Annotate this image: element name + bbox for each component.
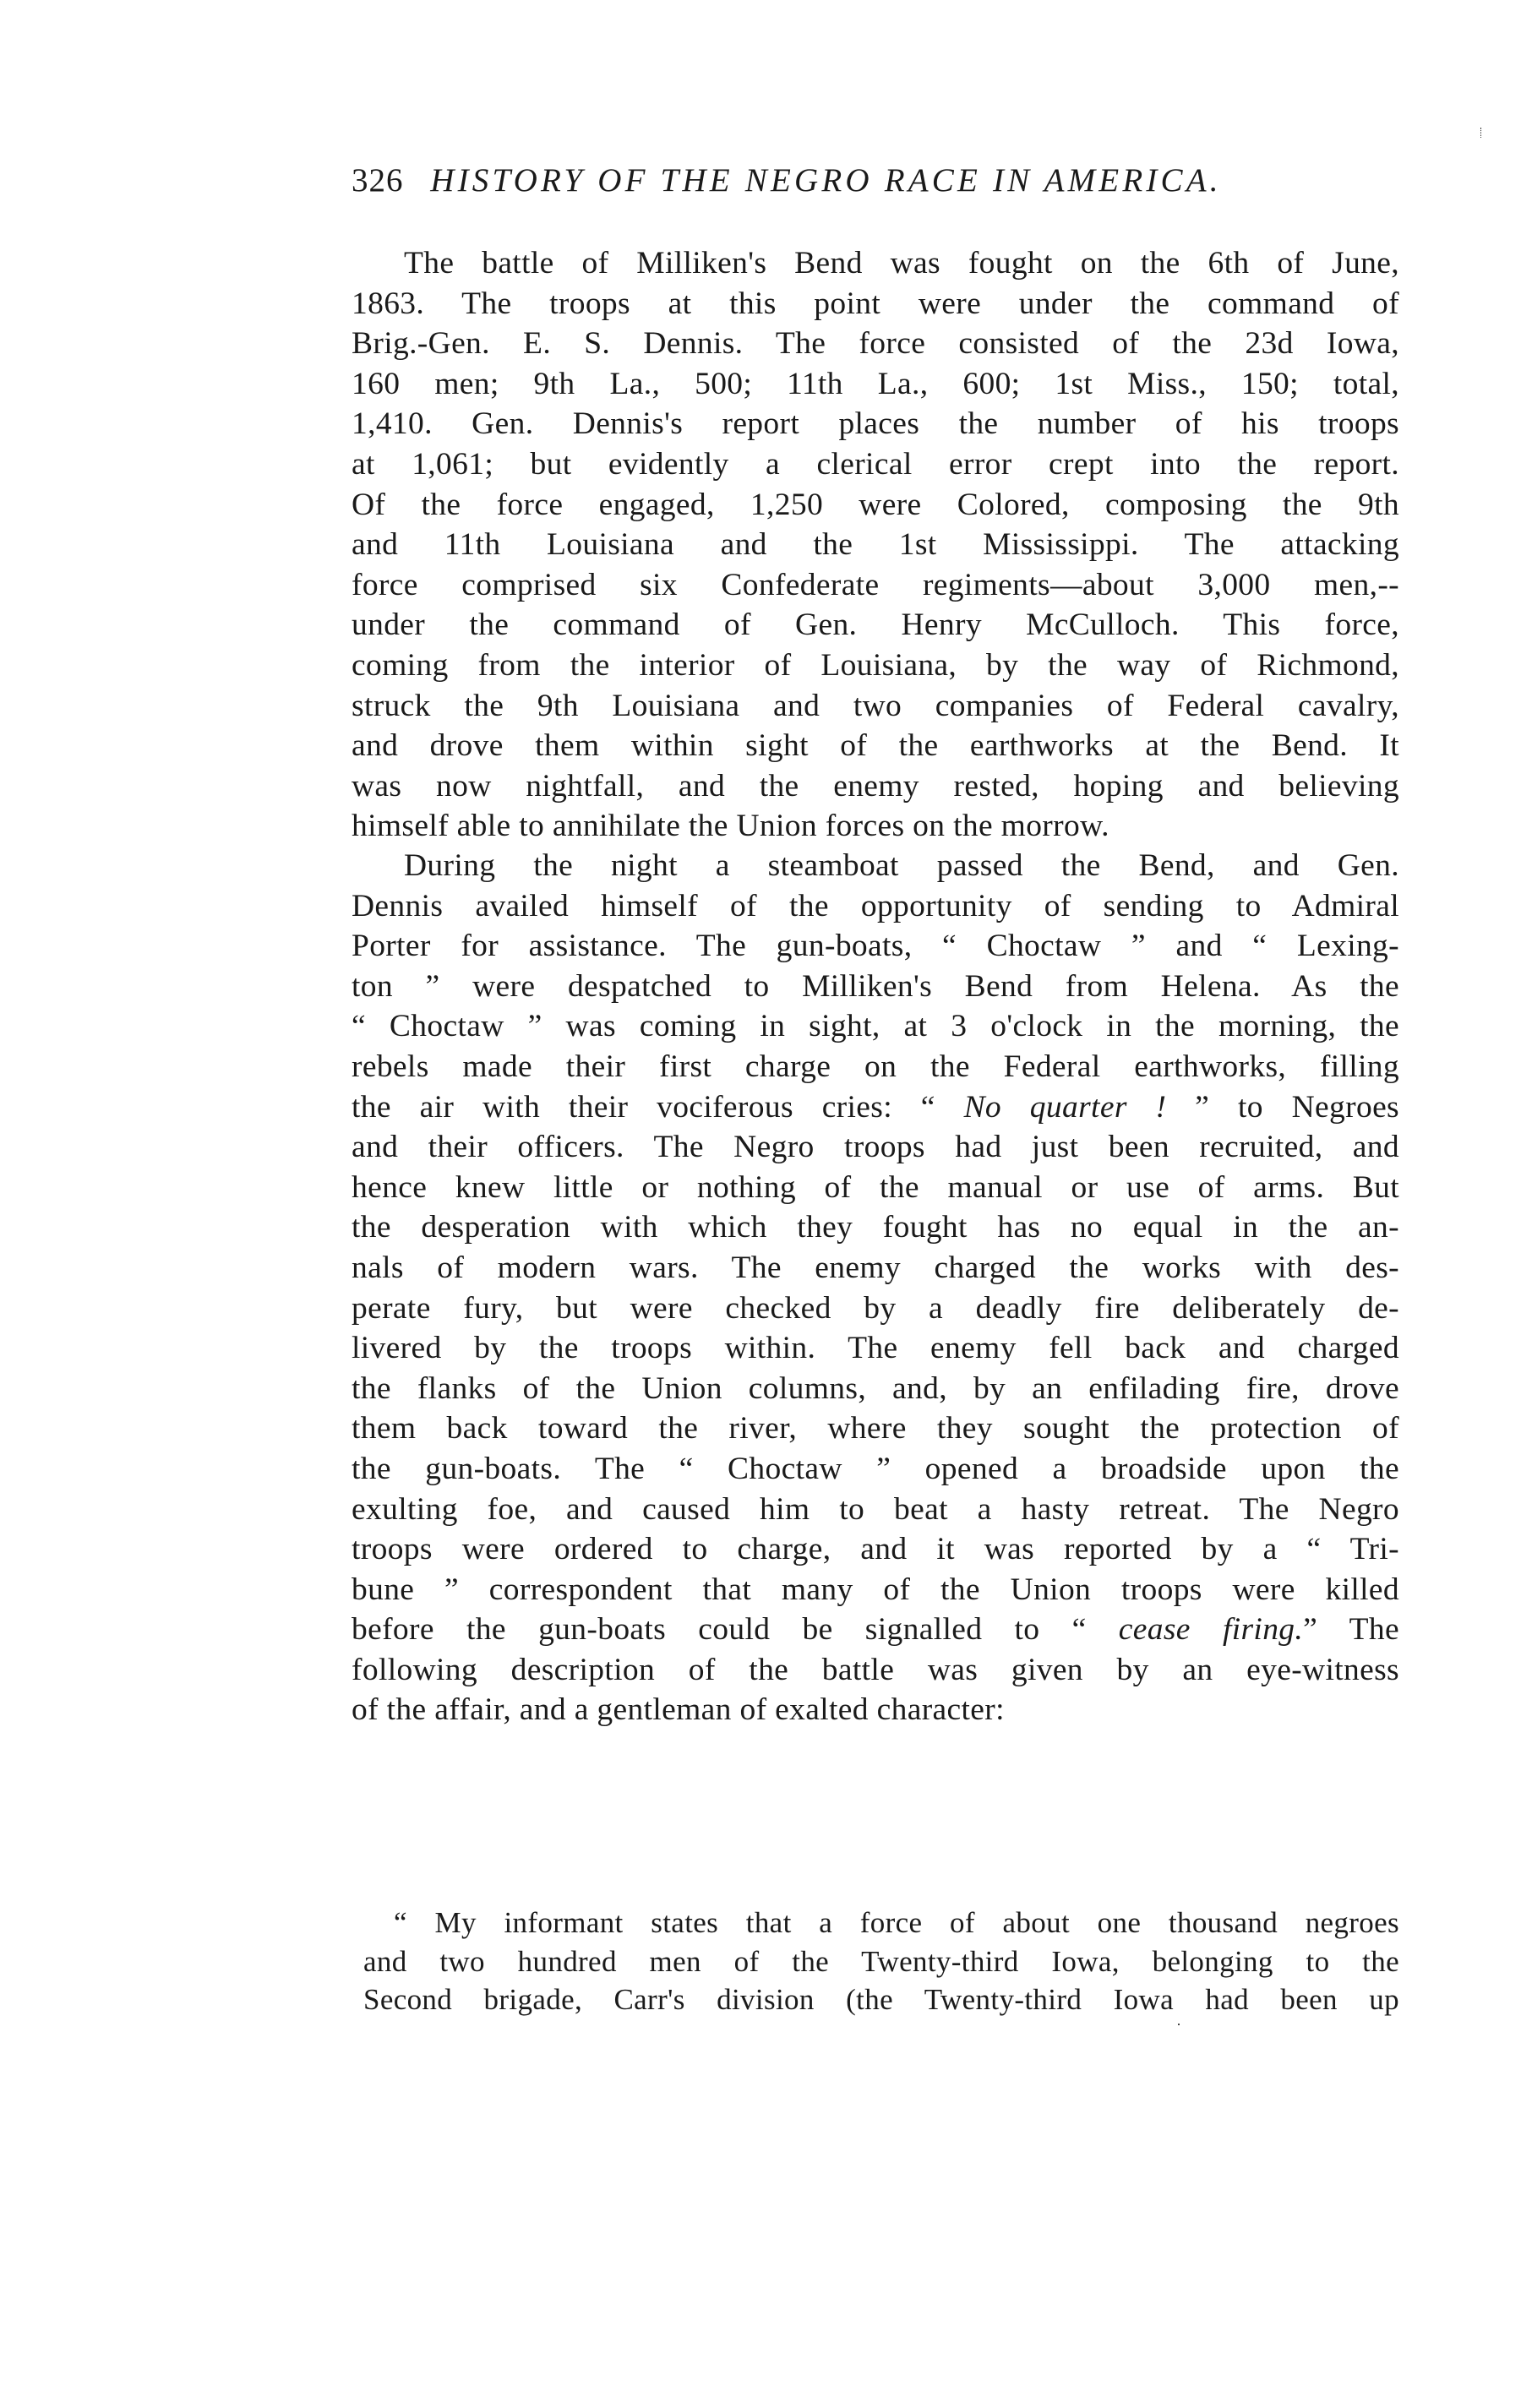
quote-line: Second brigade, Carr's division (the Twe… bbox=[363, 1980, 1399, 2019]
text-line: Brig.-Gen. E. S. Dennis. The force consi… bbox=[352, 324, 1399, 364]
text-line: 1,410. Gen. Dennis's report places the n… bbox=[352, 404, 1399, 444]
text-line: nals of modern wars. The enemy charged t… bbox=[352, 1248, 1399, 1288]
text-line: During the night a steamboat passed the … bbox=[352, 846, 1399, 886]
text-line-with-italic: before the gun-boats could be signalled … bbox=[352, 1610, 1399, 1650]
scan-speck bbox=[1480, 128, 1483, 138]
text-line: and drove them within sight of the earth… bbox=[352, 726, 1399, 766]
italic-phrase-cease-firing: cease firing. bbox=[1119, 1612, 1303, 1647]
text-line: himself able to annihilate the Union for… bbox=[352, 806, 1399, 847]
text-line: was now nightfall, and the enemy rested,… bbox=[352, 766, 1399, 807]
text-line: “ Choctaw ” was coming in sight, at 3 o'… bbox=[352, 1006, 1399, 1047]
text-line: at 1,061; but evidently a clerical error… bbox=[352, 444, 1399, 485]
text-line: and their officers. The Negro troops had… bbox=[352, 1127, 1399, 1168]
scan-speck bbox=[1178, 2024, 1180, 2025]
text-line: the flanks of the Union columns, and, by… bbox=[352, 1369, 1399, 1409]
text-line: The battle of Milliken's Bend was fought… bbox=[352, 243, 1399, 284]
text-line: the gun-boats. The “ Choctaw ” opened a … bbox=[352, 1449, 1399, 1490]
text-line: struck the 9th Louisiana and two compani… bbox=[352, 686, 1399, 727]
text-line: Porter for assistance. The gun-boats, “ … bbox=[352, 926, 1399, 967]
text-line: following description of the battle was … bbox=[352, 1650, 1399, 1691]
text-line: exulting foe, and caused him to beat a h… bbox=[352, 1490, 1399, 1530]
running-title: HISTORY OF THE NEGRO RACE IN AMERICA. bbox=[430, 162, 1221, 199]
text-line: ton ” were despatched to Milliken's Bend… bbox=[352, 967, 1399, 1007]
text-line: rebels made their first charge on the Fe… bbox=[352, 1047, 1399, 1087]
book-page: 326 HISTORY OF THE NEGRO RACE IN AMERICA… bbox=[0, 0, 1521, 2408]
eyewitness-quotation: “ My informant states that a force of ab… bbox=[363, 1904, 1399, 2019]
text-line: troops were ordered to charge, and it wa… bbox=[352, 1529, 1399, 1570]
text-line: hence knew little or nothing of the manu… bbox=[352, 1168, 1399, 1208]
italic-phrase-no-quarter: No quarter ! bbox=[964, 1090, 1167, 1125]
text-line: of the affair, and a gentleman of exalte… bbox=[352, 1690, 1399, 1730]
text-line: livered by the troops within. The enemy … bbox=[352, 1328, 1399, 1369]
paragraph-night-attack: During the night a steamboat passed the … bbox=[352, 846, 1399, 1730]
text-line: force comprised six Confederate regiment… bbox=[352, 565, 1399, 606]
page-number: 326 bbox=[352, 162, 404, 199]
running-head: 326 HISTORY OF THE NEGRO RACE IN AMERICA… bbox=[352, 157, 1399, 204]
text-line: under the command of Gen. Henry McCulloc… bbox=[352, 605, 1399, 646]
text-line: them back toward the river, where they s… bbox=[352, 1408, 1399, 1449]
text-line: the desperation with which they fought h… bbox=[352, 1207, 1399, 1248]
text-line: perate fury, but were checked by a deadl… bbox=[352, 1288, 1399, 1329]
text-line: Dennis availed himself of the opportunit… bbox=[352, 886, 1399, 927]
quote-line: and two hundred men of the Twenty-third … bbox=[363, 1942, 1399, 1981]
text-line-with-italic: the air with their vociferous cries: “ N… bbox=[352, 1087, 1399, 1128]
line-text: ” The bbox=[1303, 1612, 1399, 1647]
line-text: ” to Negroes bbox=[1166, 1090, 1399, 1125]
paragraph-milliken-bend-intro: The battle of Milliken's Bend was fought… bbox=[352, 243, 1399, 847]
text-line: coming from the interior of Louisiana, b… bbox=[352, 646, 1399, 686]
line-text: before the gun-boats could be signalled … bbox=[352, 1612, 1119, 1647]
line-text: the air with their vociferous cries: “ bbox=[352, 1090, 964, 1125]
quote-line: “ My informant states that a force of ab… bbox=[363, 1904, 1399, 1942]
text-line: 160 men; 9th La., 500; 11th La., 600; 1s… bbox=[352, 364, 1399, 405]
text-line: 1863. The troops at this point were unde… bbox=[352, 284, 1399, 324]
text-line: Of the force engaged, 1,250 were Colored… bbox=[352, 485, 1399, 526]
text-line: bune ” correspondent that many of the Un… bbox=[352, 1570, 1399, 1610]
text-line: and 11th Louisiana and the 1st Mississip… bbox=[352, 525, 1399, 565]
